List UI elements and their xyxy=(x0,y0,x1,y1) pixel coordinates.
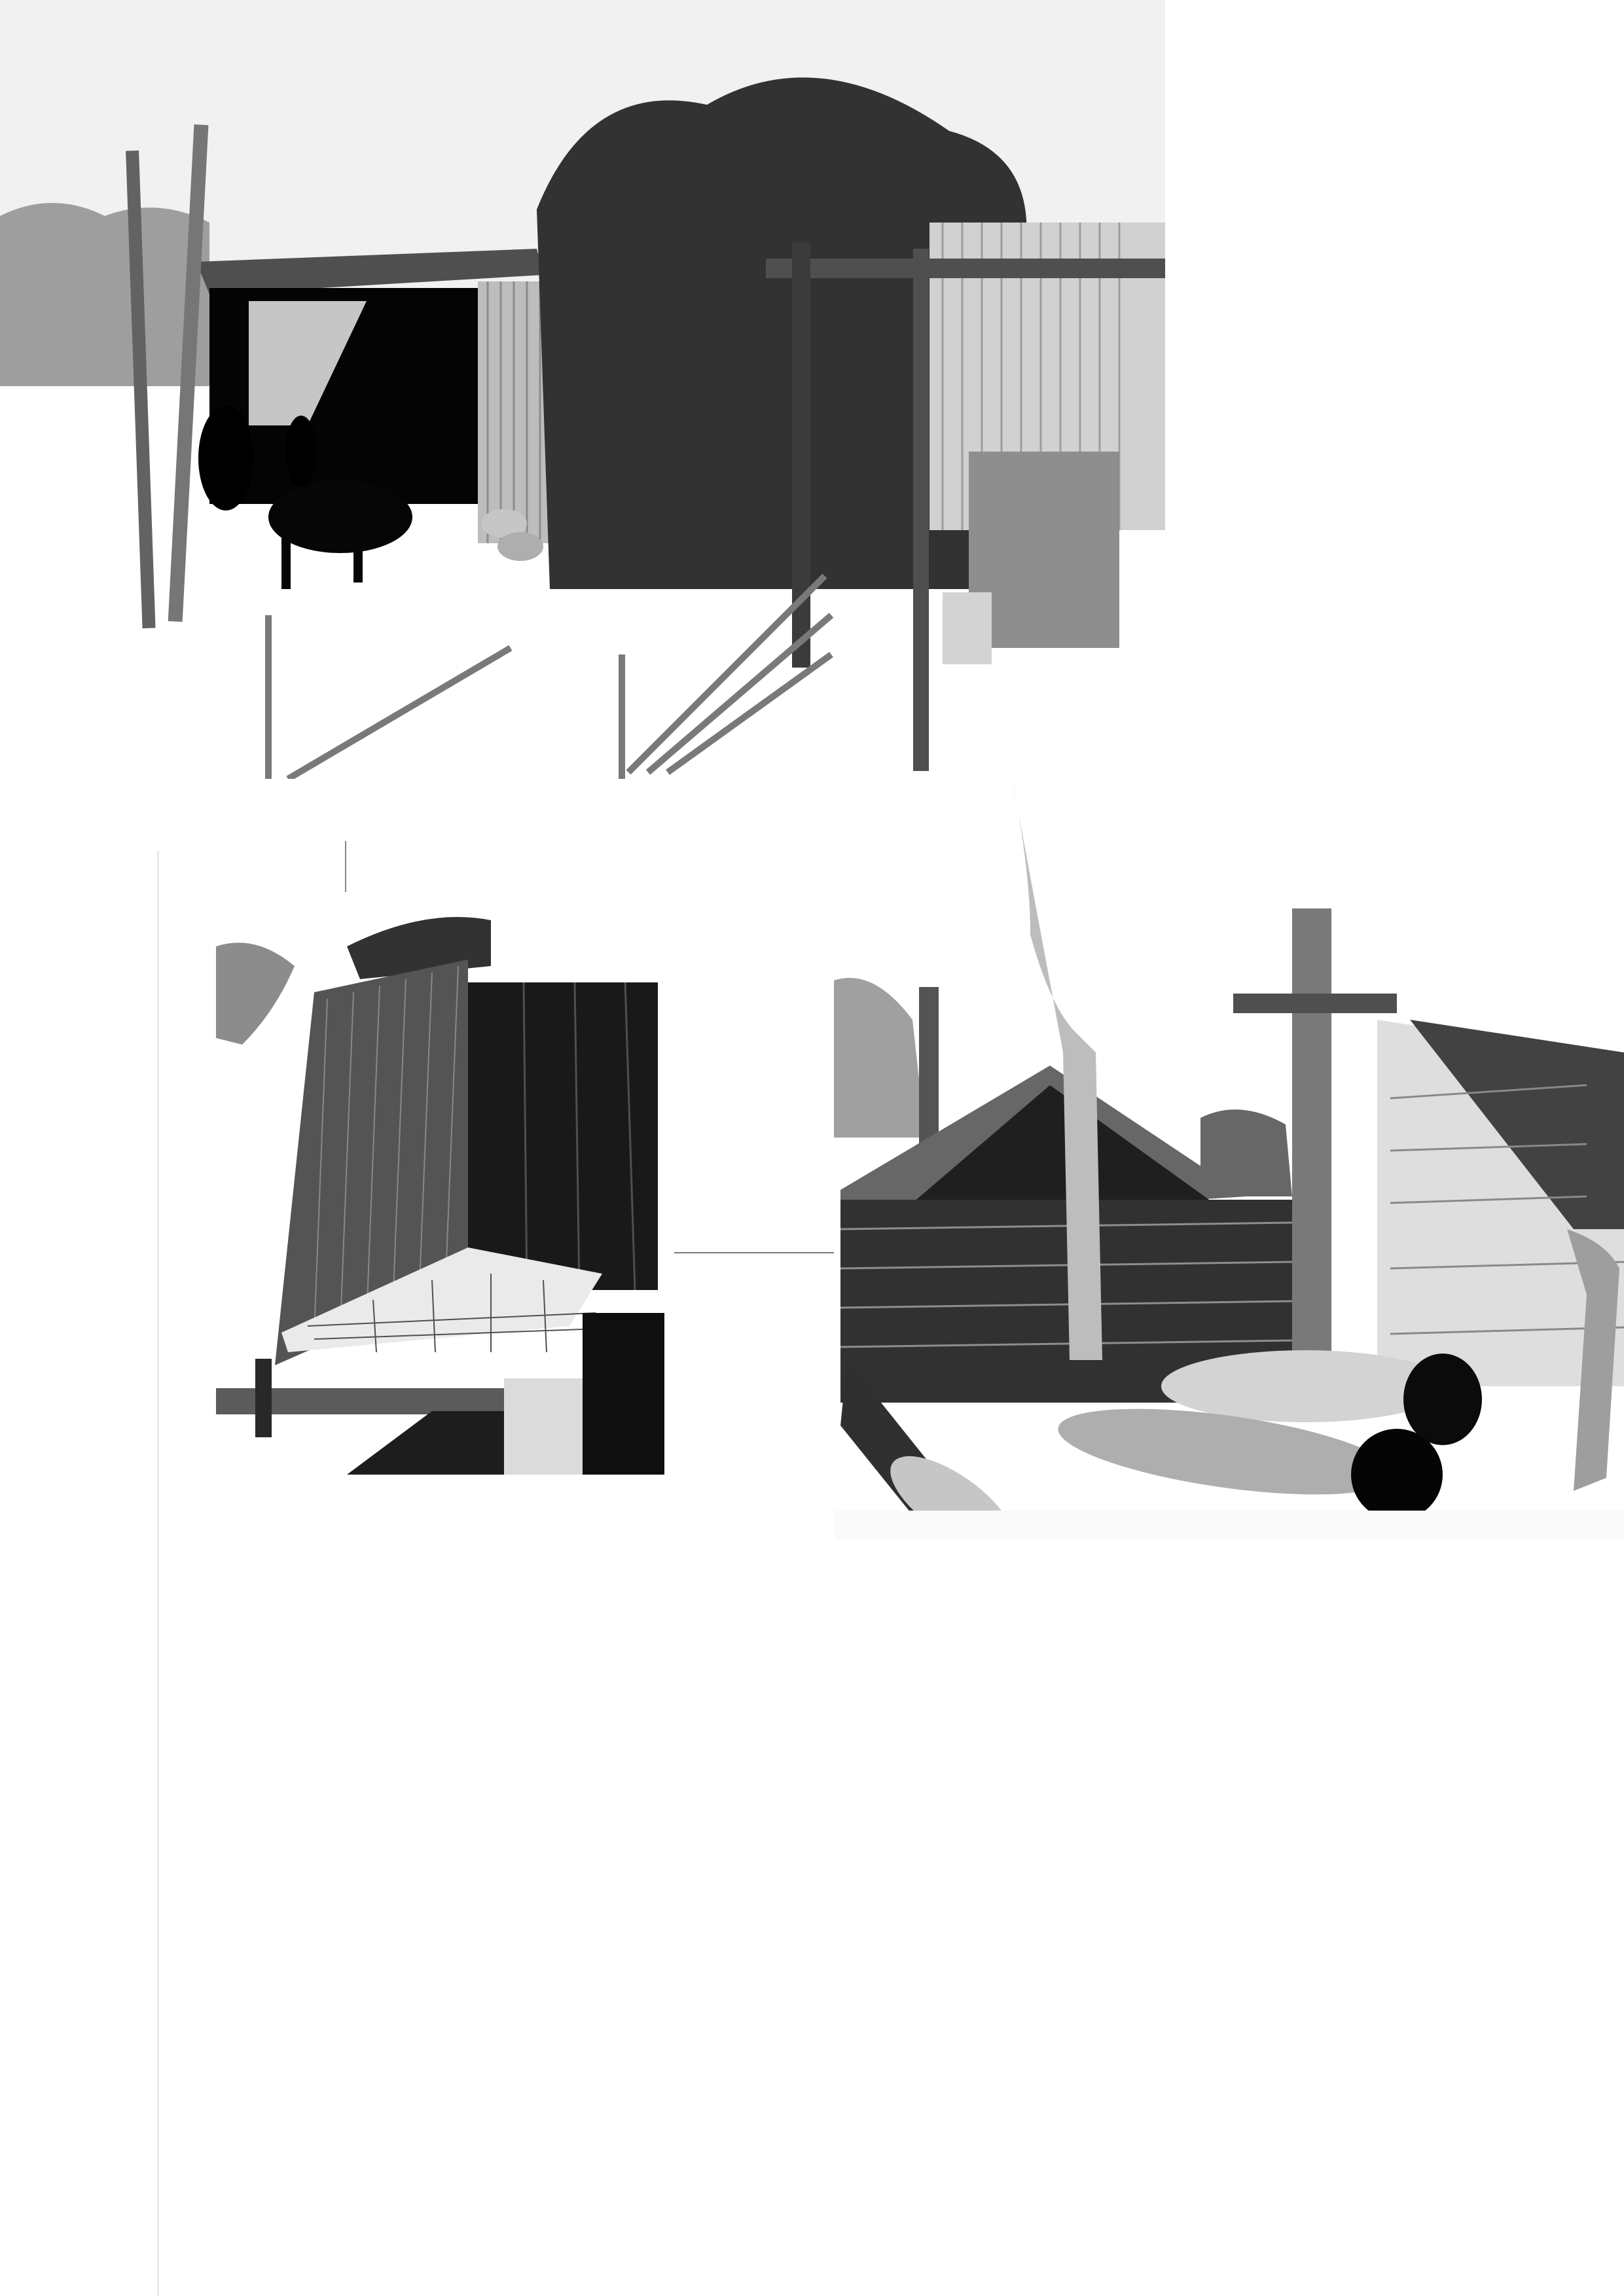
photo-top xyxy=(0,0,1165,779)
sheet-tick xyxy=(345,841,346,892)
photo-bottom-left xyxy=(216,907,664,1475)
reed-huts-image xyxy=(834,771,1624,1539)
photo-bottom-right xyxy=(834,771,1624,1539)
hut-courtyard-image xyxy=(0,0,1165,779)
sheet-edge-left xyxy=(157,851,159,2296)
thatched-hut-rotated-image xyxy=(216,907,664,1475)
sheet-divider-line-short xyxy=(674,1252,835,1253)
